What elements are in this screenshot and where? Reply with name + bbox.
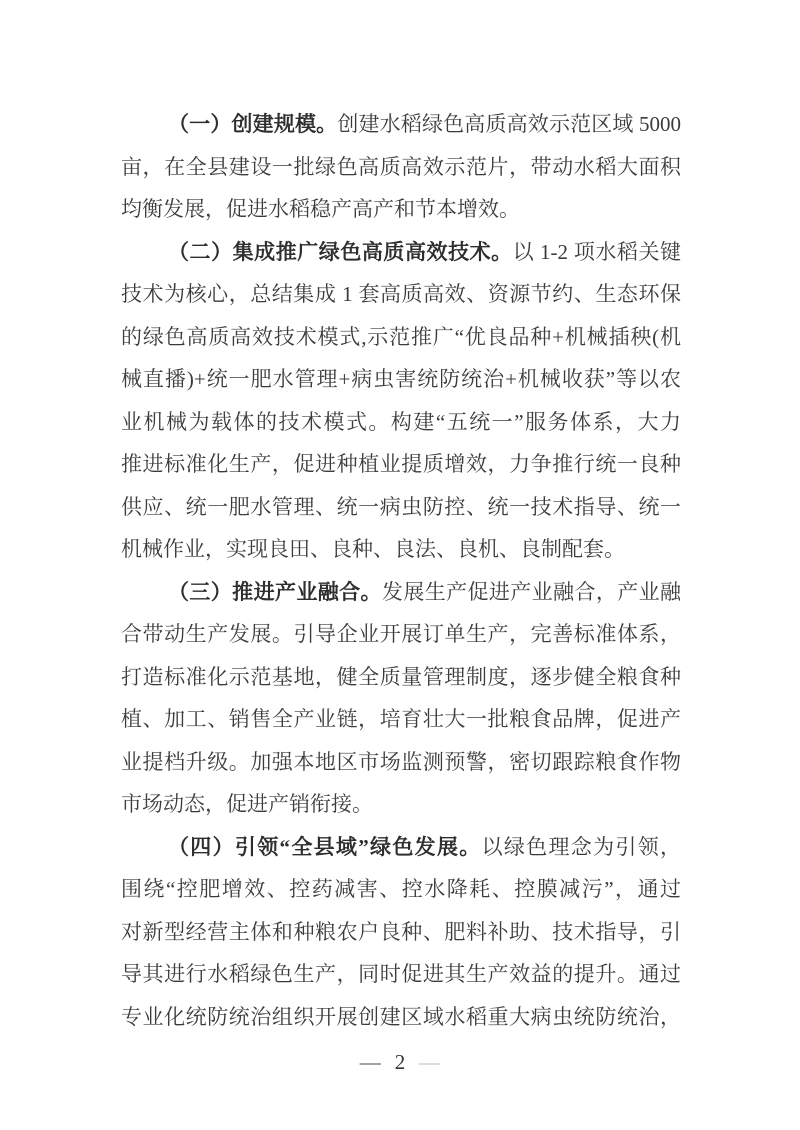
body-text: 亩，在全县建设一批绿色高质高效示范片，带动水稻大面积 — [121, 155, 681, 179]
paragraph: （二）集成推广绿色高质高效技术。以 1-2 项水稻关键技术为核心，总结集成 1 … — [121, 231, 681, 571]
document-line: 均衡发展，促进水稻稳产高产和节本增效。 — [121, 188, 681, 231]
body-text: 发展生产促进产业融合，产业融 — [382, 580, 681, 604]
document-line: 打造标准化示范基地，健全质量管理制度，逐步健全粮食种 — [121, 656, 681, 699]
body-text: 打造标准化示范基地，健全质量管理制度，逐步健全粮食种 — [121, 665, 681, 689]
document-line: （三）推进产业融合。发展生产促进产业融合，产业融 — [121, 571, 681, 614]
document-line: （一）创建规模。创建水稻绿色高质高效示范区域 5000 — [121, 103, 681, 146]
paragraph: （一）创建规模。创建水稻绿色高质高效示范区域 5000亩，在全县建设一批绿色高质… — [121, 103, 681, 231]
clause-heading-text: （二）集成推广绿色高质高效技术。 — [168, 240, 513, 264]
clause-heading-text: （四）引领“全县域”绿色发展。 — [168, 835, 482, 859]
body-text: 机械作业，实现良田、良种、良法、良机、良制配套。 — [121, 537, 625, 561]
document-page: （一）创建规模。创建水稻绿色高质高效示范区域 5000亩，在全县建设一批绿色高质… — [0, 0, 800, 1130]
document-line: 械直播)+统一肥水管理+病虫害统防统治+机械收获”等以农 — [121, 358, 681, 401]
footer-dash-right: — — [419, 1050, 440, 1074]
body-text: 业提档升级。加强本地区市场监测预警，密切跟踪粮食作物 — [121, 750, 681, 774]
document-body: （一）创建规模。创建水稻绿色高质高效示范区域 5000亩，在全县建设一批绿色高质… — [121, 103, 681, 1038]
clause-heading-text: （三）推进产业融合。 — [168, 580, 382, 604]
document-line: 围绕“控肥增效、控药减害、控水降耗、控膜减污”，通过 — [121, 868, 681, 911]
page-number: 2 — [381, 1050, 420, 1074]
body-text: 械直播)+统一肥水管理+病虫害统防统治+机械收获”等以农 — [121, 367, 681, 391]
document-line: （四）引领“全县域”绿色发展。以绿色理念为引领， — [121, 826, 681, 869]
body-text: 的绿色高质高效技术模式,示范推广“优良品种+机械插秧(机 — [121, 325, 681, 349]
body-text: 业机械为载体的技术模式。构建“五统一”服务体系，大力 — [121, 410, 681, 434]
body-text: 以 1-2 项水稻关键 — [513, 240, 681, 264]
footer-dash-left: — — [360, 1050, 381, 1074]
body-text: 专业化统防统治组织开展创建区域水稻重大病虫统防统治， — [121, 1005, 681, 1029]
body-text: 以绿色理念为引领， — [482, 835, 681, 859]
document-line: 市场动态，促进产销衔接。 — [121, 783, 681, 826]
body-text: 植、加工、销售全产业链，培育壮大一批粮食品牌，促进产 — [121, 707, 681, 731]
paragraph: （四）引领“全县域”绿色发展。以绿色理念为引领，围绕“控肥增效、控药减害、控水降… — [121, 826, 681, 1039]
document-line: 导其进行水稻绿色生产，同时促进其生产效益的提升。通过 — [121, 953, 681, 996]
body-text: 创建水稻绿色高质高效示范区域 5000 — [337, 112, 681, 136]
document-line: 机械作业，实现良田、良种、良法、良机、良制配套。 — [121, 528, 681, 571]
document-line: 合带动生产发展。引导企业开展订单生产，完善标准体系， — [121, 613, 681, 656]
document-line: 植、加工、销售全产业链，培育壮大一批粮食品牌，促进产 — [121, 698, 681, 741]
body-text: 合带动生产发展。引导企业开展订单生产，完善标准体系， — [121, 622, 681, 646]
document-line: 业机械为载体的技术模式。构建“五统一”服务体系，大力 — [121, 401, 681, 444]
document-line: 业提档升级。加强本地区市场监测预警，密切跟踪粮食作物 — [121, 741, 681, 784]
clause-heading-text: （一）创建规模。 — [168, 112, 337, 136]
body-text: 均衡发展，促进水稻稳产高产和节本增效。 — [121, 197, 520, 221]
body-text: 市场动态，促进产销衔接。 — [121, 792, 373, 816]
body-text: 导其进行水稻绿色生产，同时促进其生产效益的提升。通过 — [121, 962, 681, 986]
document-line: 推进标准化生产，促进种植业提质增效，力争推行统一良种 — [121, 443, 681, 486]
document-line: 对新型经营主体和种粮农户良种、肥料补助、技术指导，引 — [121, 911, 681, 954]
document-line: 技术为核心，总结集成 1 套高质高效、资源节约、生态环保 — [121, 273, 681, 316]
page-footer: —2— — [0, 1048, 800, 1076]
body-text: 技术为核心，总结集成 1 套高质高效、资源节约、生态环保 — [121, 282, 681, 306]
document-line: 供应、统一肥水管理、统一病虫防控、统一技术指导、统一 — [121, 486, 681, 529]
paragraph: （三）推进产业融合。发展生产促进产业融合，产业融合带动生产发展。引导企业开展订单… — [121, 571, 681, 826]
document-line: 亩，在全县建设一批绿色高质高效示范片，带动水稻大面积 — [121, 146, 681, 189]
document-line: 的绿色高质高效技术模式,示范推广“优良品种+机械插秧(机 — [121, 316, 681, 359]
body-text: 围绕“控肥增效、控药减害、控水降耗、控膜减污”，通过 — [121, 877, 681, 901]
body-text: 推进标准化生产，促进种植业提质增效，力争推行统一良种 — [121, 452, 681, 476]
body-text: 对新型经营主体和种粮农户良种、肥料补助、技术指导，引 — [121, 920, 681, 944]
body-text: 供应、统一肥水管理、统一病虫防控、统一技术指导、统一 — [121, 495, 681, 519]
document-line: 专业化统防统治组织开展创建区域水稻重大病虫统防统治， — [121, 996, 681, 1039]
document-line: （二）集成推广绿色高质高效技术。以 1-2 项水稻关键 — [121, 231, 681, 274]
